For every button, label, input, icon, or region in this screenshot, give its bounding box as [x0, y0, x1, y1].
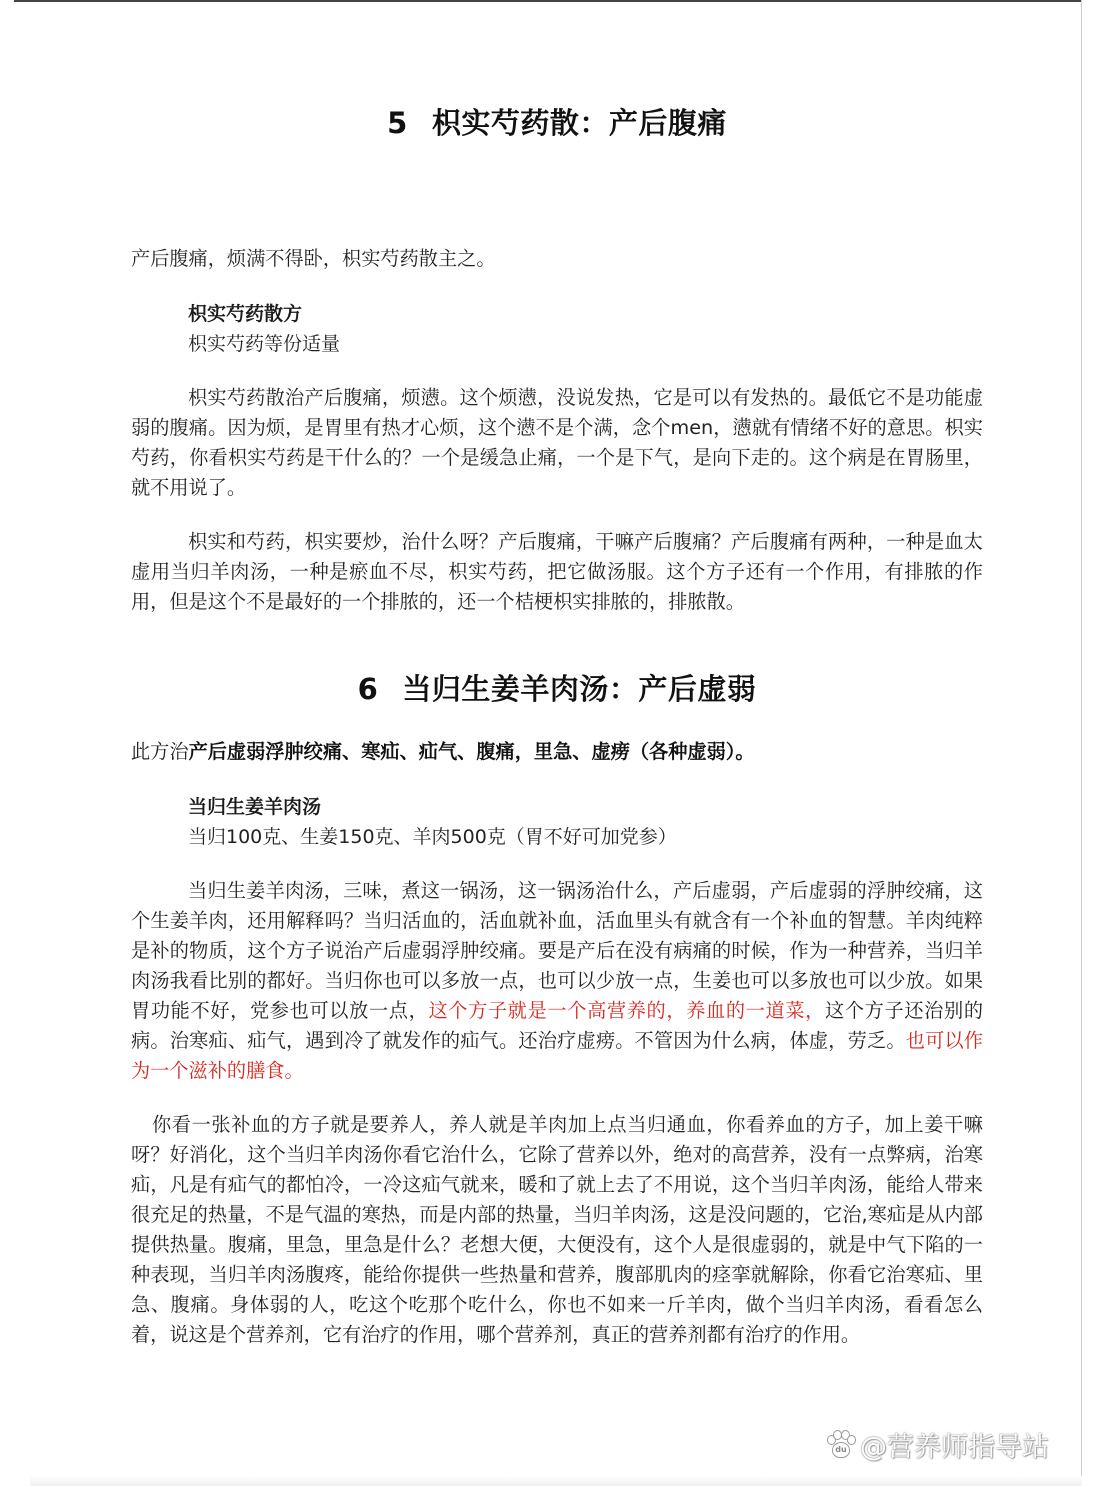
top-border	[14, 0, 1082, 2]
baidu-paw-icon: du	[826, 1430, 854, 1458]
section-title-text: 当归生姜羊肉汤：产后虚弱	[402, 672, 756, 706]
intro-indications: 产后虚弱浮肿绞痛、寒疝、疝气、腹痛，里急、虚痨（各种虚弱）。	[189, 740, 755, 763]
recipe-name: 当归生姜羊肉汤	[188, 792, 677, 822]
recipe-ingredients: 当归100克、生姜150克、羊肉500克（胃不好可加党参）	[188, 822, 677, 852]
section-6-paragraph-1: 当归生姜羊肉汤，三味，煮这一锅汤，这一锅汤治什么，产后虚弱，产后虚弱的浮肿绞痛，…	[131, 876, 983, 1086]
watermark: du @营养师指导站	[826, 1424, 1049, 1464]
section-5-intro: 产后腹痛，烦满不得卧，枳实芍药散主之。	[131, 244, 983, 274]
section-6-paragraph-2: 你看一张补血的方子就是要养人，养人就是羊肉加上点当归通血，你看养血的方子，加上姜…	[131, 1110, 983, 1350]
page-shadow	[30, 1476, 1082, 1486]
section-5-title: 5枳实芍药散：产后腹痛	[0, 98, 1114, 148]
section-6-recipe: 当归生姜羊肉汤 当归100克、生姜150克、羊肉500克（胃不好可加党参）	[188, 792, 677, 852]
section-number: 6	[358, 672, 379, 706]
section-title-text: 枳实芍药散：产后腹痛	[432, 106, 727, 140]
highlight-text: 这个方子就是一个高营养的，养血的一道菜，	[428, 999, 825, 1022]
section-number: 5	[387, 106, 408, 140]
section-5-recipe: 枳实芍药散方 枳实芍药等份适量	[188, 299, 340, 359]
page-edge	[1081, 0, 1082, 1486]
section-5-paragraph-2: 枳实和芍药，枳实要炒，治什么呀？产后腹痛，干嘛产后腹痛？产后腹痛有两种，一种是血…	[131, 527, 983, 617]
recipe-name: 枳实芍药散方	[188, 299, 340, 329]
section-6-intro: 此方治产后虚弱浮肿绞痛、寒疝、疝气、腹痛，里急、虚痨（各种虚弱）。	[131, 737, 983, 767]
section-5-paragraph-1: 枳实芍药散治产后腹痛，烦懑。这个烦懑，没说发热，它是可以有发热的。最低它不是功能…	[131, 383, 983, 503]
watermark-text: @营养师指导站	[860, 1425, 1049, 1464]
intro-prefix: 此方治	[131, 740, 189, 763]
recipe-ingredients: 枳实芍药等份适量	[188, 329, 340, 359]
section-6-title: 6当归生姜羊肉汤：产后虚弱	[0, 664, 1114, 714]
